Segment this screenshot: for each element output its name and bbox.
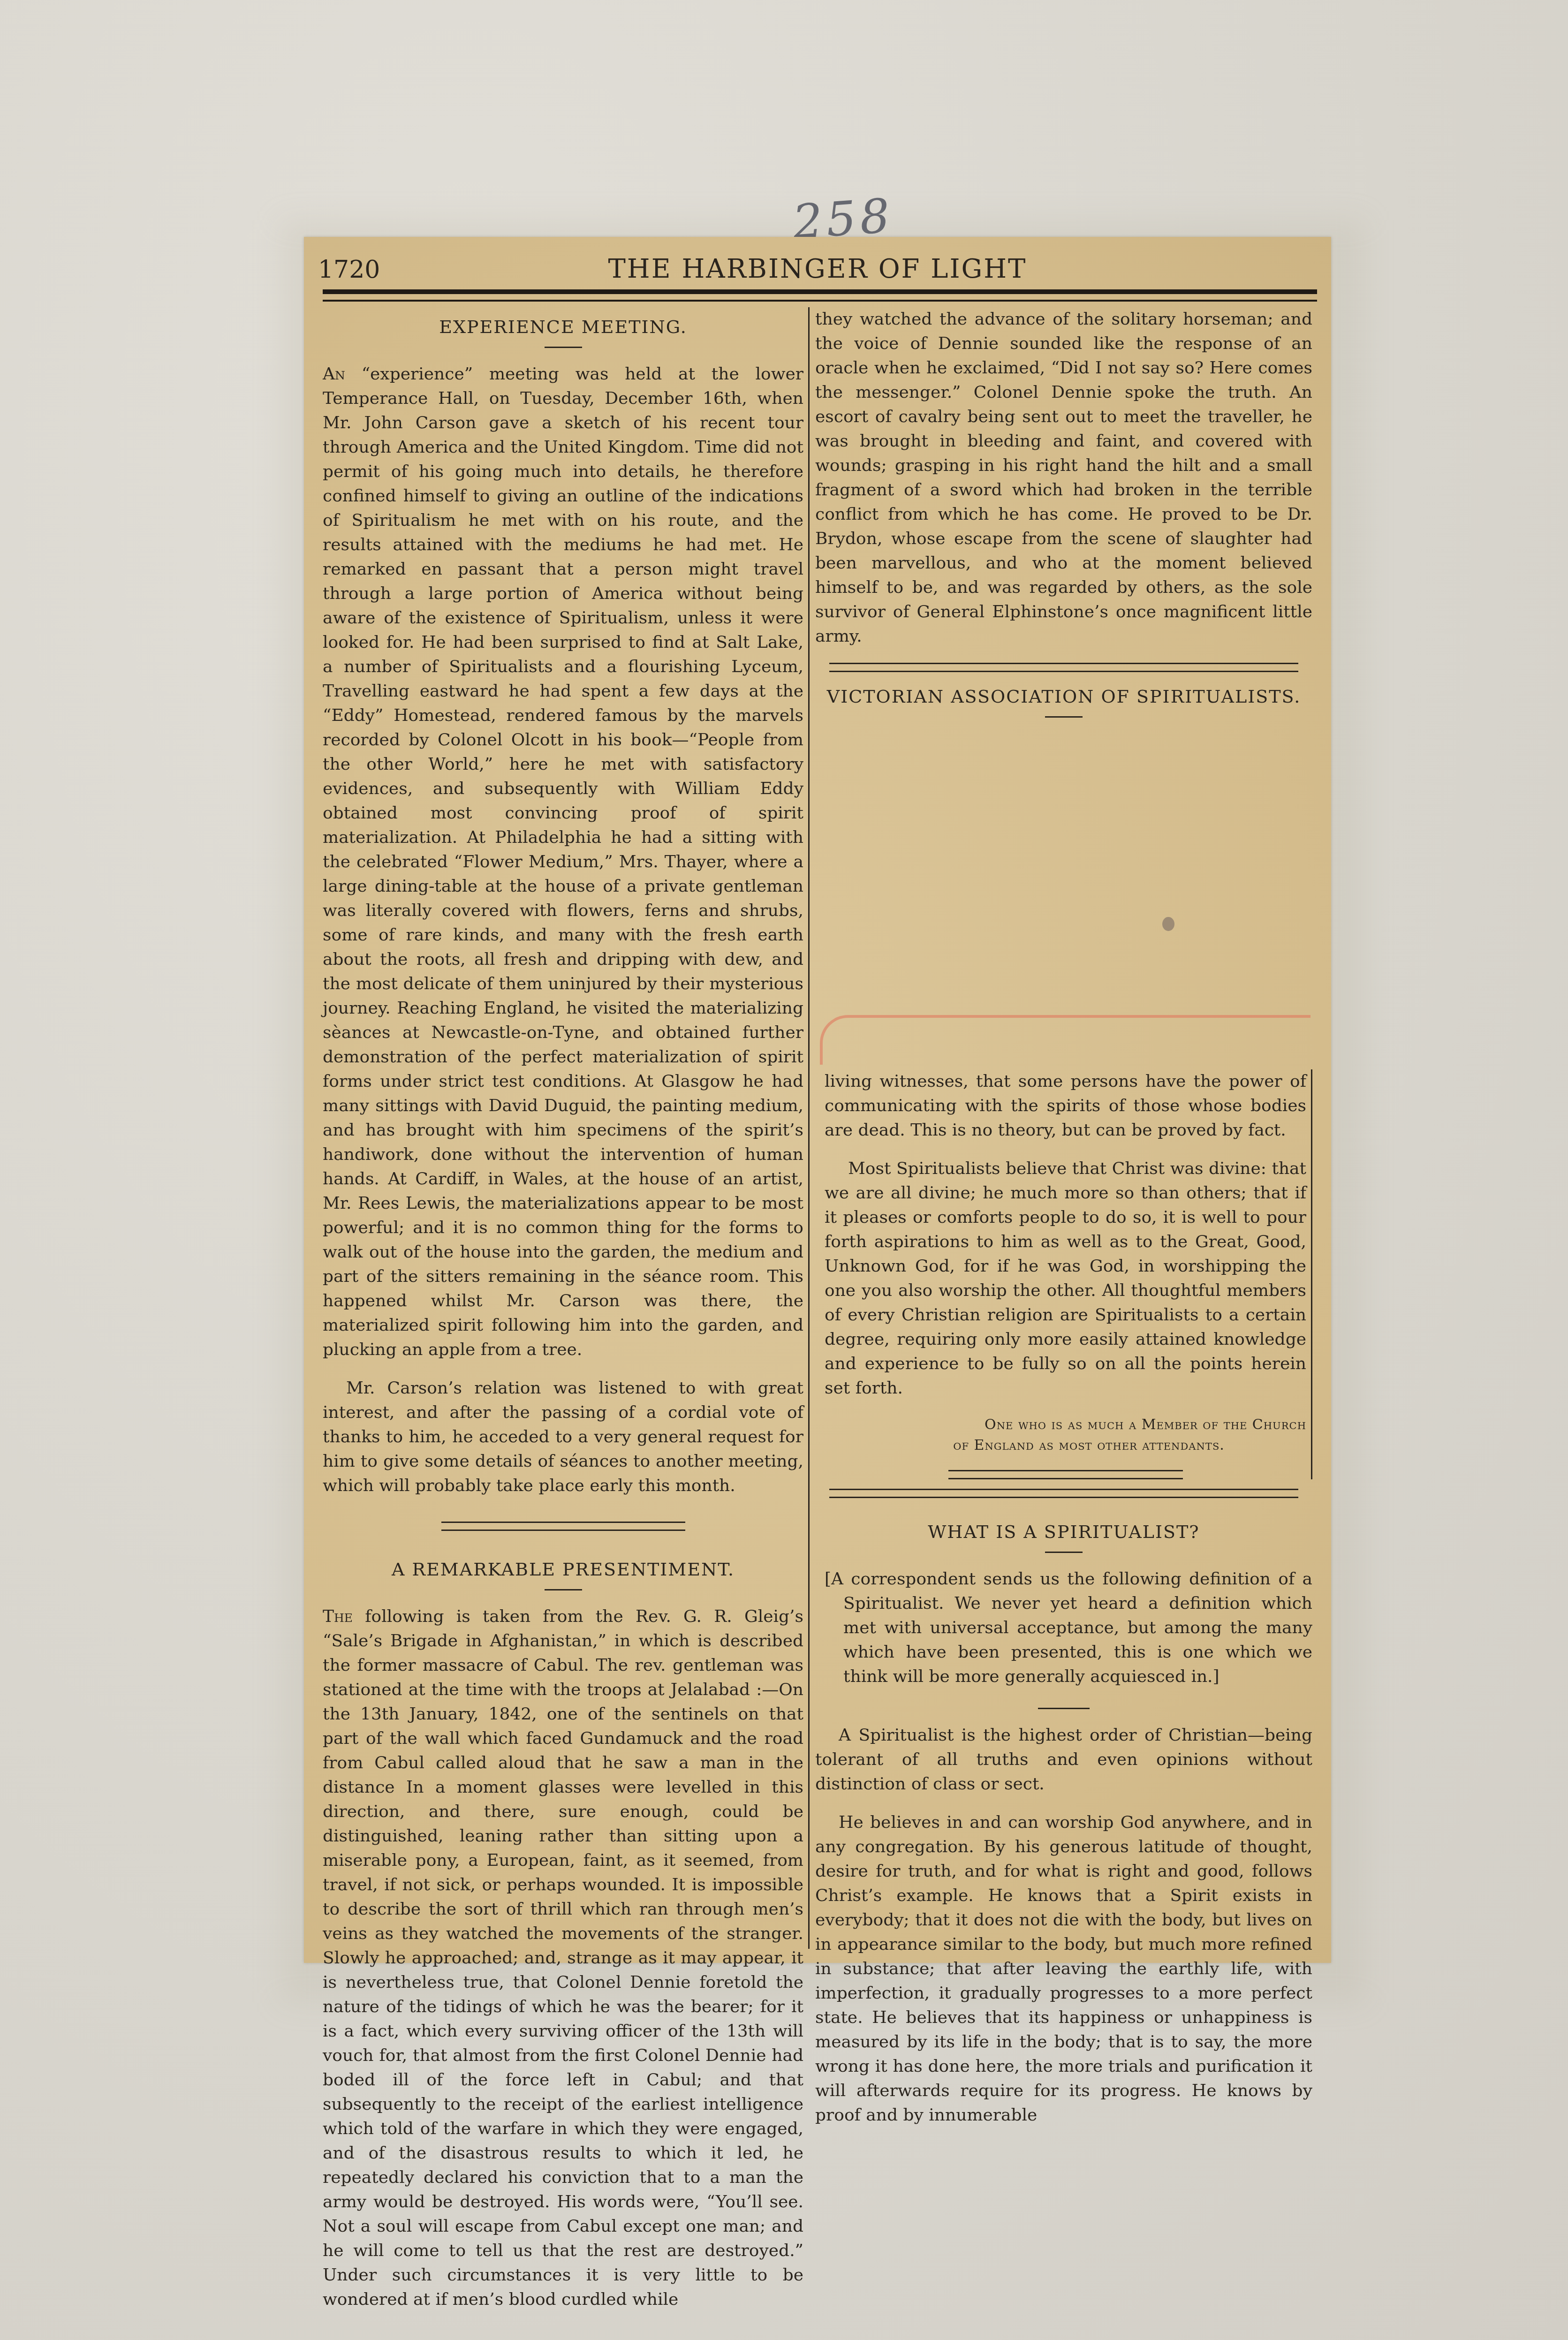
title-dash xyxy=(1045,716,1083,718)
section-double-rule xyxy=(441,1522,685,1531)
title-dash xyxy=(545,347,582,348)
masthead: 1720 THE HARBINGER OF LIGHT xyxy=(304,237,1331,293)
editor-note: [A correspondent sends us the following … xyxy=(815,1567,1312,1689)
article-title: VICTORIAN ASSOCIATION OF SPIRITUALISTS. xyxy=(815,686,1312,707)
lead-word: An xyxy=(323,364,345,384)
article-what-is-a-spiritualist: WHAT IS A SPIRITUALIST? [A correspondent… xyxy=(815,1522,1312,2128)
masthead-rule-thin xyxy=(323,300,1317,302)
left-column: EXPERIENCE MEETING. An “experience” meet… xyxy=(323,307,803,2326)
article-title: A REMARKABLE PRESENTIMENT. xyxy=(323,1559,803,1580)
article-paragraph: The following is taken from the Rev. G. … xyxy=(323,1605,803,2312)
article-title: WHAT IS A SPIRITUALIST? xyxy=(815,1522,1312,1542)
article-victorian-association: VICTORIAN ASSOCIATION OF SPIRITUALISTS. xyxy=(815,686,1312,1069)
title-dash xyxy=(545,1589,582,1590)
article-continuation: they watched the advance of the solitary… xyxy=(815,307,1312,649)
journal-title: THE HARBINGER OF LIGHT xyxy=(304,254,1331,284)
article-paragraph: A Spiritualist is the highest order of C… xyxy=(815,1723,1312,1796)
signature-line-2: of England as most other attendants. xyxy=(825,1435,1306,1456)
section-double-rule xyxy=(829,663,1298,672)
article-remarkable-presentiment: A REMARKABLE PRESENTIMENT. The following… xyxy=(323,1559,803,2312)
article-title: EXPERIENCE MEETING. xyxy=(323,317,803,337)
article-paragraph: He believes in and can worship God anywh… xyxy=(815,1810,1312,2128)
article-paragraph: Mr. Carson’s relation was listened to wi… xyxy=(323,1376,803,1498)
section-double-rule xyxy=(829,1489,1298,1498)
signature: One who is as much a Member of the Churc… xyxy=(825,1415,1306,1456)
lead-word: The xyxy=(323,1607,353,1626)
stain-mark xyxy=(1162,917,1174,931)
note-dash xyxy=(1038,1708,1090,1709)
fragment-paragraph: Most Spiritualists believe that Christ w… xyxy=(825,1157,1306,1401)
newspaper-clipping: 1720 THE HARBINGER OF LIGHT EXPERIENCE M… xyxy=(304,237,1331,1963)
column-divider xyxy=(808,307,810,1949)
signature-line-1: One who is as much a Member of the Churc… xyxy=(985,1416,1306,1433)
red-pencil-mark xyxy=(820,1015,1310,1065)
title-dash xyxy=(1045,1552,1083,1553)
blank-pasted-area xyxy=(815,732,1312,1069)
pasted-fragment: living witnesses, that some persons have… xyxy=(815,1069,1312,1479)
article-paragraph: An “experience” meeting was held at the … xyxy=(323,362,803,1362)
right-column: they watched the advance of the solitary… xyxy=(815,307,1312,2142)
section-double-rule xyxy=(948,1470,1183,1479)
article-experience-meeting: EXPERIENCE MEETING. An “experience” meet… xyxy=(323,317,803,1498)
fragment-paragraph: living witnesses, that some persons have… xyxy=(825,1069,1306,1143)
masthead-rule-thick xyxy=(323,289,1317,294)
